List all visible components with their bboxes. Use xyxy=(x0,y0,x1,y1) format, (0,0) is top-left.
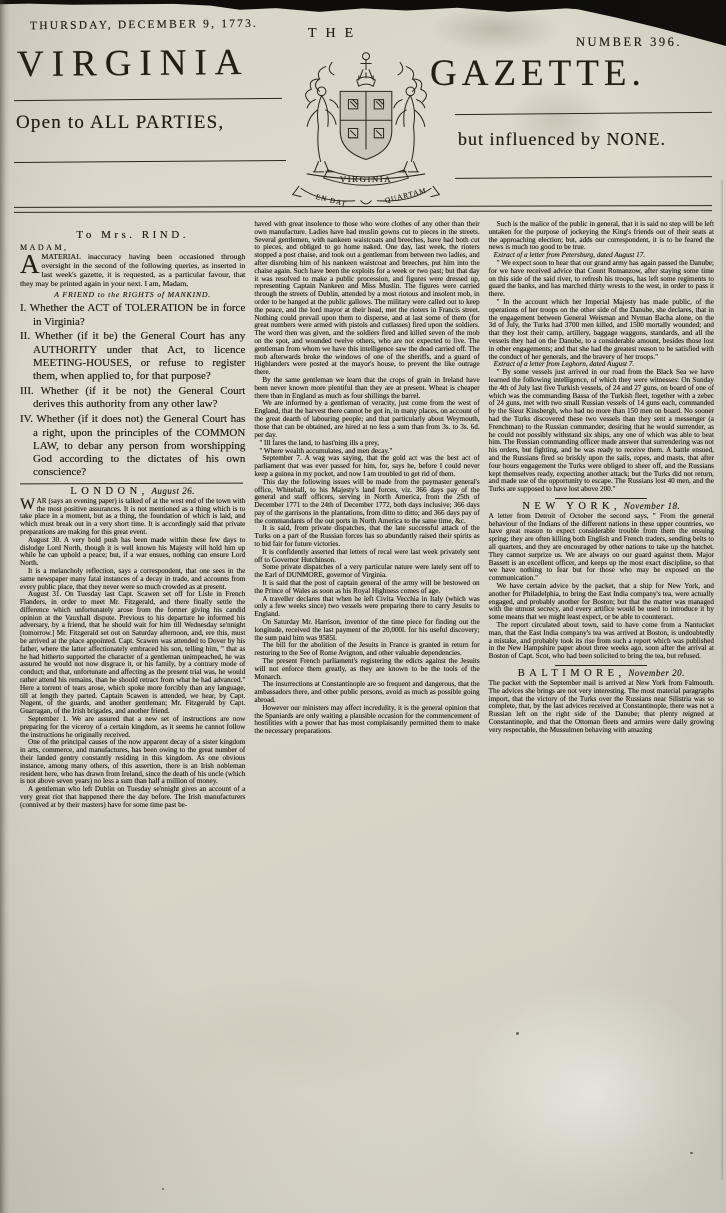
dateline-date: November 20. xyxy=(628,668,685,678)
news-paragraph: Such is the malice of the public in gene… xyxy=(489,221,714,252)
article-columns: To Mrs. RIND. MADAM, AMATERIAL inaccurac… xyxy=(20,221,714,810)
ink-speck xyxy=(690,1152,693,1154)
news-paragraph: The bill for the abolition of the Jesuit… xyxy=(254,642,479,658)
dateline-city: LONDON, xyxy=(70,486,148,497)
news-paragraph: " We expect soon to hear that our grand … xyxy=(489,260,714,299)
query-text: Whether (if it be) the General Court has… xyxy=(33,330,245,382)
masthead-slogan-left: Open to ALL PARTIES, xyxy=(16,112,224,134)
news-paragraph: The packet with the September mail is ar… xyxy=(489,680,714,735)
dateline-city: NEW YORK, xyxy=(522,501,621,512)
section-divider xyxy=(555,498,647,499)
news-paragraph: September 1. We are assured that a new s… xyxy=(20,716,245,739)
news-paragraph: August 31. On Tuesday last Capt. Scawen … xyxy=(20,591,245,716)
masthead-double-rule xyxy=(14,205,712,213)
news-paragraph: We have certain advice by the packet, th… xyxy=(489,583,714,622)
column-left: To Mrs. RIND. MADAM, AMATERIAL inaccurac… xyxy=(20,221,245,810)
news-paragraph: On Saturday Mr. Harrison, inventor of th… xyxy=(254,619,479,642)
section-divider xyxy=(555,665,647,666)
column-middle: haved with great insolence to those who … xyxy=(254,221,479,810)
letter-salutation: MADAM, xyxy=(20,243,245,252)
news-paragraph: One of the principal causes of the now a… xyxy=(20,739,245,786)
query-number: IV. xyxy=(20,413,33,425)
ink-speck xyxy=(516,1032,519,1035)
dateline-date: November 18. xyxy=(624,501,681,511)
masthead-rule xyxy=(455,176,712,179)
query-text: Whether (if it be not) the General Court… xyxy=(33,385,245,410)
query-item: IV. Whether (if it does not) the General… xyxy=(20,413,245,479)
masthead-rule xyxy=(14,98,282,101)
news-paragraph: By the same gentleman we learn that the … xyxy=(254,377,479,400)
crest-ribbon-label: VIRGINIA xyxy=(340,174,392,184)
masthead-rule xyxy=(14,160,286,163)
news-paragraph: This day the following issues will be ma… xyxy=(254,479,479,526)
query-item: III. Whether (if it be not) the General … xyxy=(20,385,245,412)
news-paragraph: The insurrections at Constantinople are … xyxy=(254,681,479,704)
query-item: I. Whether the ACT of TOLERATION be in f… xyxy=(20,302,245,329)
news-paragraph: " By some vessels just arrived in our ro… xyxy=(489,369,714,494)
section-divider xyxy=(20,482,243,484)
news-paragraph: August 30. A very bold push has been mad… xyxy=(20,537,245,568)
news-paragraph: A traveller declares that when he left C… xyxy=(254,596,479,619)
query-text: Whether (if it does not) the General Cou… xyxy=(33,413,245,478)
news-paragraph: It is said that the post of captain gene… xyxy=(254,580,479,596)
news-paragraph: A letter from Detroit of October the sec… xyxy=(489,513,714,583)
masthead-title-virginia: VIRGINIA xyxy=(17,41,250,86)
masthead-date: THURSDAY, DECEMBER 9, 1773. xyxy=(30,18,258,32)
query-number: I. xyxy=(20,302,26,314)
virginia-crest-icon: VIRGINIA EN DAT QUARTAM xyxy=(278,48,454,208)
crest-motto-right: QUARTAM xyxy=(384,187,427,205)
letter-body: AMATERIAL inaccuracy having been occasio… xyxy=(20,252,245,288)
news-paragraph: A gentleman who left Dublin on Tuesday s… xyxy=(20,786,245,809)
section-heading-london: LONDON, August 26. xyxy=(20,486,245,497)
news-paragraph: haved with great insolence to those who … xyxy=(254,221,479,377)
newspaper-page: THURSDAY, DECEMBER 9, 1773. THE NUMBER 3… xyxy=(0,0,726,1213)
dateline-date: August 26. xyxy=(151,486,195,496)
query-item: II. Whether (if it be) the General Court… xyxy=(20,330,245,383)
masthead-slogan-right: but influenced by NONE. xyxy=(458,129,666,150)
masthead-rule xyxy=(455,112,712,115)
news-paragraph: Some private dispatches of a very partic… xyxy=(254,564,479,580)
news-paragraph: The present French parliament's register… xyxy=(254,658,479,681)
letter-heading: To Mrs. RIND. xyxy=(20,229,245,241)
section-heading-newyork: NEW YORK, November 18. xyxy=(489,501,714,512)
paper-stain xyxy=(120,973,420,1093)
news-paragraph: September 7. A wag was saying, that the … xyxy=(254,455,479,478)
masthead: THURSDAY, DECEMBER 9, 1773. THE NUMBER 3… xyxy=(0,0,726,222)
paper-stain xyxy=(466,983,726,1203)
masthead-the-label: THE xyxy=(308,26,362,42)
query-text: Whether the ACT of TOLERATION be in forc… xyxy=(30,302,246,327)
paragraph-text: AR (says an evening paper) is talked of … xyxy=(20,497,245,536)
section-heading-baltimore: BALTIMORE, November 20. xyxy=(489,668,714,679)
ink-speck xyxy=(162,1188,164,1190)
masthead-title-gazette: GAZETTE. xyxy=(430,52,646,95)
letter-signature: A FRIEND to the RIGHTS of MANKIND. xyxy=(20,290,245,299)
column-right: Such is the malice of the public in gene… xyxy=(489,221,714,810)
news-paragraph: However our ministers may affect incredu… xyxy=(254,705,479,736)
query-number: III. xyxy=(20,385,34,397)
page-edge-left xyxy=(0,0,10,1213)
letter-text: MATERIAL inaccuracy having been occasion… xyxy=(20,252,245,288)
news-paragraph: We are informed by a gentleman of veraci… xyxy=(254,400,479,439)
news-paragraph: " In the account which her Imperial Maje… xyxy=(489,299,714,361)
news-paragraph: It is a melancholy reflection, says a co… xyxy=(20,568,245,591)
news-paragraph: The report circulated about town, said t… xyxy=(489,622,714,661)
drop-cap: W xyxy=(20,498,35,512)
dateline-city: BALTIMORE, xyxy=(518,668,626,679)
masthead-issue-number: NUMBER 396. xyxy=(576,35,682,50)
news-paragraph: WAR (says an evening paper) is talked of… xyxy=(20,498,245,537)
news-paragraph: It is said, from private dispatches, tha… xyxy=(254,525,479,548)
page-edge-right xyxy=(720,180,723,1180)
drop-cap: A xyxy=(20,252,40,276)
query-number: II. xyxy=(20,330,30,342)
